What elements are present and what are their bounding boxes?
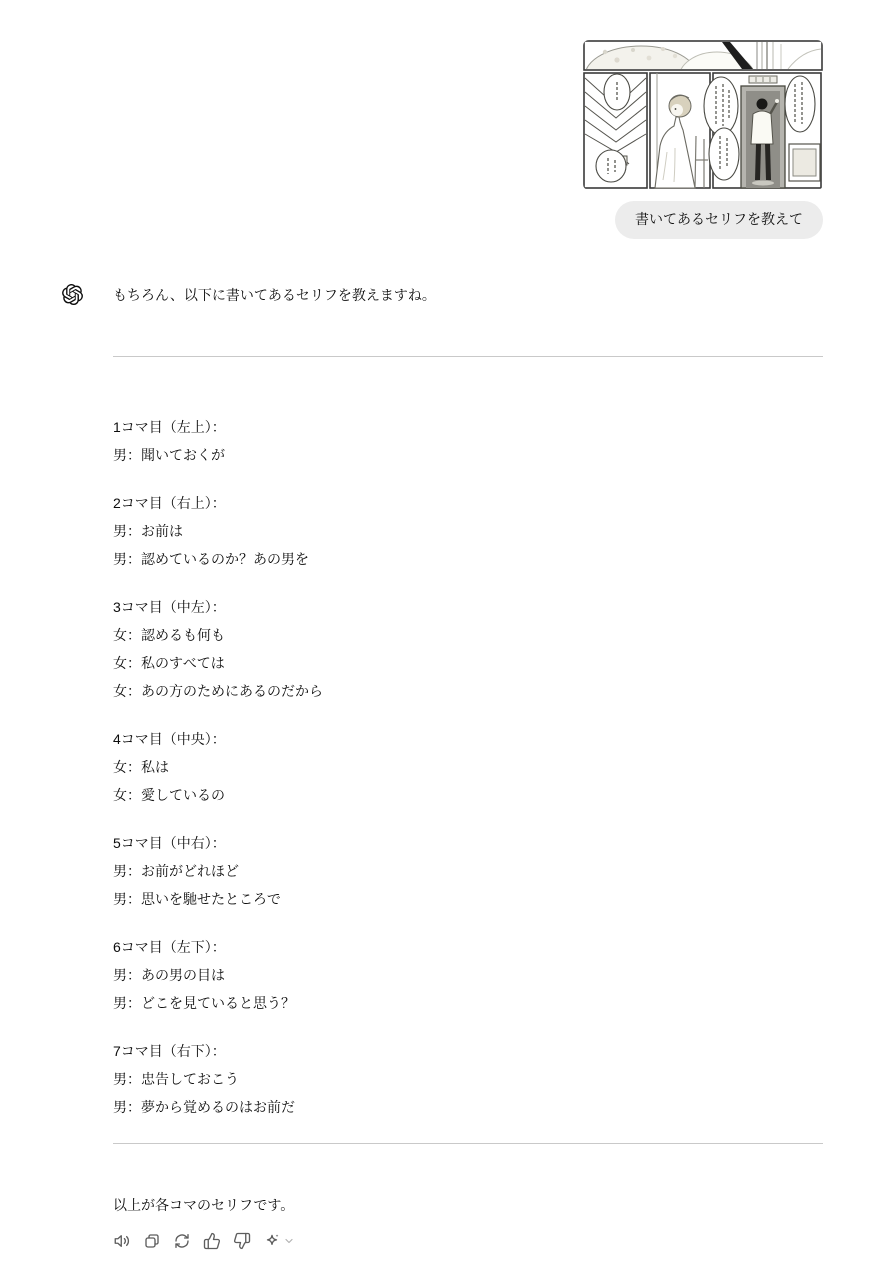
panel-block-2: 2コマ目（右上）： 男：お前は 男：認めているのか？あの男を [113,489,823,573]
divider [113,1143,823,1144]
read-aloud-button[interactable] [113,1232,131,1250]
panel-heading: 3コマ目（中左）： [113,593,823,621]
panel-heading: 1コマ目（左上）： [113,413,823,441]
chevron-down-icon [283,1235,295,1247]
divider [113,356,823,357]
assistant-closing-text: 以上が各コマのセリフです。 [113,1195,823,1215]
dialogue-line: 女：私のすべては [113,649,823,677]
dialogue-line: 女：私は [113,753,823,781]
panel-heading: 7コマ目（右下）： [113,1037,823,1065]
chatgpt-logo-icon [62,284,83,305]
panel-block-6: 6コマ目（左下）： 男：あの男の目は 男：どこを見ていると思う？ [113,933,823,1017]
dialogue-line: 男：認めているのか？あの男を [113,545,823,573]
switch-model-button[interactable] [263,1232,295,1250]
user-message-turn: 書いてあるセリフを教えて [583,40,823,239]
dialogue-line: 男：忠告しておこう [113,1065,823,1093]
dialogue-line: 女：あの方のためにあるのだから [113,677,823,705]
thumbs-up-button[interactable] [203,1232,221,1250]
uploaded-manga-image[interactable] [583,40,823,190]
copy-icon [143,1232,161,1250]
panel-heading: 4コマ目（中央）： [113,725,823,753]
sparkle-icon [263,1232,281,1250]
thumbs-down-button[interactable] [233,1232,251,1250]
panel-block-3: 3コマ目（中左）： 女：認めるも何も 女：私のすべては 女：あの方のためにあるの… [113,593,823,705]
speaker-icon [113,1232,131,1250]
thumbs-down-icon [233,1232,251,1250]
thumbs-up-icon [203,1232,221,1250]
panel-dialogue-list: 1コマ目（左上）： 男：聞いておくが 2コマ目（右上）： 男：お前は 男：認めて… [113,413,823,1121]
regenerate-button[interactable] [173,1232,191,1250]
assistant-intro-text: もちろん、以下に書いてあるセリフを教えますね。 [113,285,823,305]
dialogue-line: 女：認めるも何も [113,621,823,649]
panel-heading: 5コマ目（中右）： [113,829,823,857]
panel-block-5: 5コマ目（中右）： 男：お前がどれほど 男：思いを馳せたところで [113,829,823,913]
user-message-bubble: 書いてあるセリフを教えて [615,201,823,239]
panel-block-1: 1コマ目（左上）： 男：聞いておくが [113,413,823,469]
panel-heading: 6コマ目（左下）： [113,933,823,961]
message-action-bar [113,1232,823,1250]
assistant-message-turn: もちろん、以下に書いてあるセリフを教えますね。 1コマ目（左上）： 男：聞いてお… [113,285,823,1250]
dialogue-line: 男：お前がどれほど [113,857,823,885]
chat-page: 書いてあるセリフを教えて もちろん、以下に書いてあるセリフを教えますね。 1コマ… [0,0,894,1280]
panel-block-4: 4コマ目（中央）： 女：私は 女：愛しているの [113,725,823,809]
copy-button[interactable] [143,1232,161,1250]
user-message-text: 書いてあるセリフを教えて [635,211,803,227]
regenerate-icon [173,1232,191,1250]
dialogue-line: 男：聞いておくが [113,441,823,469]
manga-image-drawing [583,40,823,190]
dialogue-line: 男：あの男の目は [113,961,823,989]
dialogue-line: 男：夢から覚めるのはお前だ [113,1093,823,1121]
dialogue-line: 女：愛しているの [113,781,823,809]
dialogue-line: 男：思いを馳せたところで [113,885,823,913]
dialogue-line: 男：お前は [113,517,823,545]
dialogue-line: 男：どこを見ていると思う？ [113,989,823,1017]
panel-heading: 2コマ目（右上）： [113,489,823,517]
panel-block-7: 7コマ目（右下）： 男：忠告しておこう 男：夢から覚めるのはお前だ [113,1037,823,1121]
